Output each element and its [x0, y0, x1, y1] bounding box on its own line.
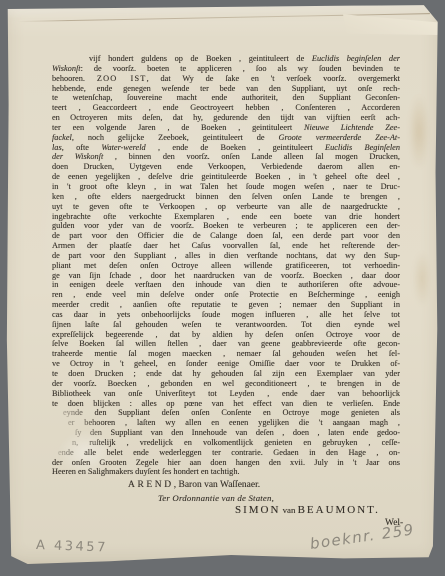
document-scan: vijf hondert guldens op de Boeken , gein…	[0, 0, 445, 576]
paper-sheet: vijf hondert guldens op de Boeken , gein…	[6, 4, 439, 564]
signature-simon-last: BEAUMONT.	[298, 504, 380, 516]
signature-simon-first: SIMON	[235, 504, 280, 516]
pencil-shelfmark: A 43457	[36, 538, 108, 555]
closing-block: AREND, Baron van Waſſenaer. Ter Ordonnan…	[6, 4, 439, 564]
signature-arend: AREND, Baron van Waſſenaer.	[128, 480, 260, 490]
signature-arend-name: AREND	[128, 480, 174, 490]
ordonnantie-line: Ter Ordonnantie van de Staten,	[158, 493, 274, 503]
signature-beaumont: SIMON van BEAUMONT.	[235, 504, 380, 516]
signature-arend-title: , Baron van Waſſenaer.	[174, 480, 260, 490]
signature-simon-van: van	[280, 505, 297, 515]
